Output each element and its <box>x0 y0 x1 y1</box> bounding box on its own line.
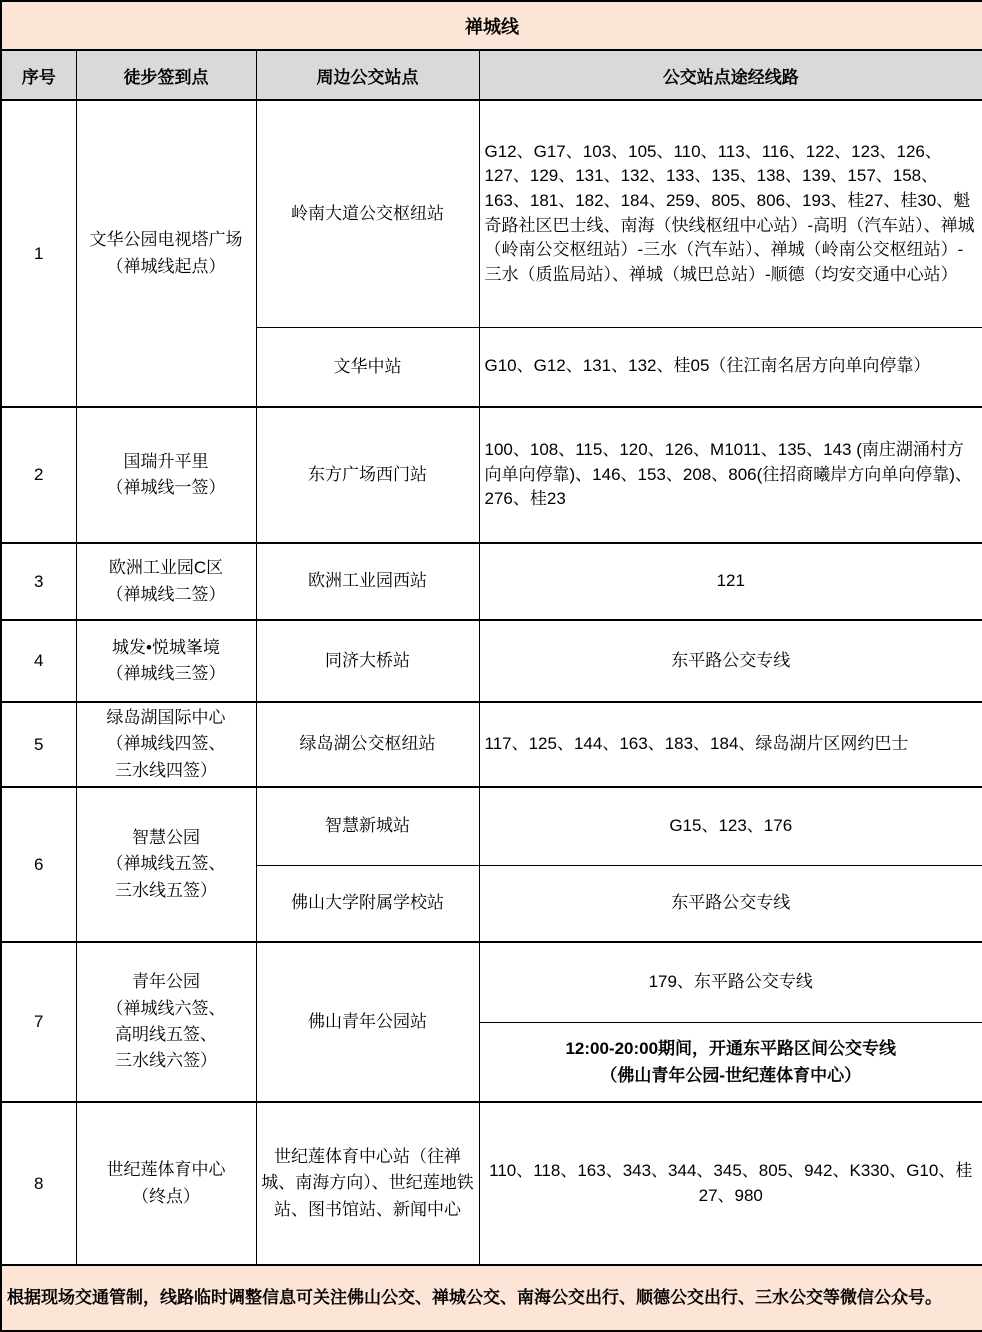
routes-list: 12:00-20:00期间，开通东平路区间公交专线 （佛山青年公园-世纪莲体育中… <box>479 1022 982 1102</box>
checkpoint-name: 世纪莲体育中心 （终点） <box>76 1102 256 1265</box>
checkpoint-name: 文华公园电视塔广场 （禅城线起点） <box>76 100 256 407</box>
row-number: 5 <box>1 702 76 787</box>
row-number: 1 <box>1 100 76 407</box>
row-number: 3 <box>1 543 76 620</box>
station-name: 同济大桥站 <box>256 620 479 702</box>
routes-list: 117、125、144、163、183、184、绿岛湖片区网约巴士 <box>479 702 982 787</box>
routes-list: 179、东平路公交专线 <box>479 942 982 1022</box>
routes-list: G10、G12、131、132、桂05（往江南名居方向单向停靠） <box>479 327 982 407</box>
col-header-routes: 公交站点途经线路 <box>479 50 982 100</box>
station-name: 文华中站 <box>256 327 479 407</box>
station-name: 岭南大道公交枢纽站 <box>256 100 479 327</box>
col-header-station: 周边公交站点 <box>256 50 479 100</box>
footer-row: 根据现场交通管制，线路临时调整信息可关注佛山公交、禅城公交、南海公交出行、顺德公… <box>1 1265 982 1331</box>
row-number: 6 <box>1 787 76 942</box>
routes-list: G15、123、176 <box>479 787 982 865</box>
checkpoint-name: 城发•悦城峯境 （禅城线三签） <box>76 620 256 702</box>
routes-list: 100、108、115、120、126、M1011、135、143 (南庄湖涌村… <box>479 407 982 543</box>
col-header-no: 序号 <box>1 50 76 100</box>
routes-list: 东平路公交专线 <box>479 865 982 942</box>
checkpoint-name: 青年公园 （禅城线六签、 高明线五签、 三水线六签） <box>76 942 256 1102</box>
row-number: 2 <box>1 407 76 543</box>
row-number: 8 <box>1 1102 76 1265</box>
header-row: 序号 徒步签到点 周边公交站点 公交站点途经线路 <box>1 50 982 100</box>
station-name: 绿岛湖公交枢纽站 <box>256 702 479 787</box>
checkpoint-name: 国瑞升平里 （禅城线一签） <box>76 407 256 543</box>
row-number: 4 <box>1 620 76 702</box>
title-row: 禅城线 <box>1 1 982 50</box>
checkpoint-name: 智慧公园 （禅城线五签、 三水线五签） <box>76 787 256 942</box>
checkpoint-name: 绿岛湖国际中心 （禅城线四签、 三水线四签） <box>76 702 256 787</box>
table-row: 8世纪莲体育中心 （终点）世纪莲体育中心站（往禅城、南海方向）、世纪莲地铁站、图… <box>1 1102 982 1265</box>
row-number: 7 <box>1 942 76 1102</box>
station-name: 世纪莲体育中心站（往禅城、南海方向）、世纪莲地铁站、图书馆站、新闻中心 <box>256 1102 479 1265</box>
routes-list: 东平路公交专线 <box>479 620 982 702</box>
table-row: 5绿岛湖国际中心 （禅城线四签、 三水线四签）绿岛湖公交枢纽站117、125、1… <box>1 702 982 787</box>
table-row: 2国瑞升平里 （禅城线一签）东方广场西门站100、108、115、120、126… <box>1 407 982 543</box>
table-row: 1文华公园电视塔广场 （禅城线起点）岭南大道公交枢纽站G12、G17、103、1… <box>1 100 982 327</box>
line-title: 禅城线 <box>1 1 982 50</box>
routes-list: 110、118、163、343、344、345、805、942、K330、G10… <box>479 1102 982 1265</box>
table-row: 7青年公园 （禅城线六签、 高明线五签、 三水线六签）佛山青年公园站179、东平… <box>1 942 982 1022</box>
footer-note: 根据现场交通管制，线路临时调整信息可关注佛山公交、禅城公交、南海公交出行、顺德公… <box>1 1265 982 1331</box>
table-row: 4城发•悦城峯境 （禅城线三签）同济大桥站东平路公交专线 <box>1 620 982 702</box>
station-name: 佛山青年公园站 <box>256 942 479 1102</box>
checkpoint-name: 欧洲工业园C区 （禅城线二签） <box>76 543 256 620</box>
routes-list: 121 <box>479 543 982 620</box>
routes-list: G12、G17、103、105、110、113、116、122、123、126、… <box>479 100 982 327</box>
table-row: 6智慧公园 （禅城线五签、 三水线五签）智慧新城站G15、123、176 <box>1 787 982 865</box>
station-name: 智慧新城站 <box>256 787 479 865</box>
bus-route-table: 禅城线 序号 徒步签到点 周边公交站点 公交站点途经线路 1文华公园电视塔广场 … <box>0 0 982 1332</box>
station-name: 东方广场西门站 <box>256 407 479 543</box>
station-name: 欧洲工业园西站 <box>256 543 479 620</box>
station-name: 佛山大学附属学校站 <box>256 865 479 942</box>
col-header-checkpoint: 徒步签到点 <box>76 50 256 100</box>
table-row: 3欧洲工业园C区 （禅城线二签）欧洲工业园西站121 <box>1 543 982 620</box>
